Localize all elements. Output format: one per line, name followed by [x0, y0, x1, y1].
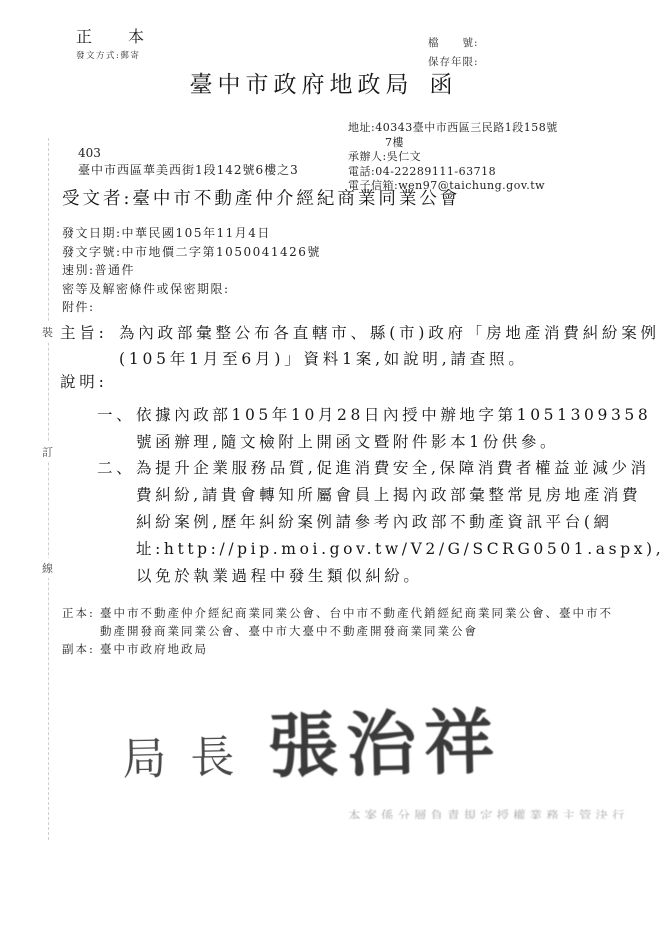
footer-delegation-note: 本案係分層負責規定授權業務主管決行: [348, 806, 638, 819]
signature-block: 局長 張治祥: [121, 686, 503, 795]
security-class-line: 密等及解密條件或保密期限:: [62, 280, 321, 299]
item-1-text: 依據內政部105年10月28日內授中辦地字第1051309358號函辦理,隨文檢…: [136, 406, 651, 451]
delivery-method-label: 發文方式:郵寄: [76, 49, 140, 61]
binding-dashed-line: [48, 138, 49, 840]
contact-person: 承辦人:吳仁文: [348, 150, 558, 165]
file-number-label: 檔 號:: [428, 34, 479, 53]
cc-row: 副本: 臺中市政府地政局: [62, 640, 622, 658]
subject-text: 為內政部彙整公布各直轄市、縣(市)政府「房地產消費糾紛案例(105年1月至6月)…: [119, 324, 660, 368]
item-2-text: 為提升企業服務品質,促進消費安全,保障消費者權益並減少消費糾紛,請貴會轉知所屬會…: [136, 459, 664, 585]
scanned-official-letter: 裝 訂 線 正 本 發文方式:郵寄 檔 號: 保存年限: 臺中市政府地政局函 地…: [0, 0, 667, 948]
contact-phone: 電話:04-22289111-63718: [348, 165, 558, 180]
sender-address-line1: 地址:40343臺中市西區三民路1段158號: [348, 121, 558, 136]
document-type-label: 函: [430, 72, 458, 98]
document-title: 臺中市政府地政局函: [0, 66, 657, 99]
signature-name: 張治祥: [267, 686, 503, 792]
attachment-line: 附件:: [62, 298, 321, 317]
subject-label: 主旨:: [60, 320, 108, 346]
issue-date-line: 發文日期:中華民國105年11月4日: [62, 224, 321, 243]
original-copy-row: 正本: 臺中市不動產仲介經紀商業同業公會、台中市不動產代銷經紀商業同業公會、臺中…: [62, 604, 622, 640]
speed-class-line: 速別:普通件: [62, 261, 321, 280]
sender-contact-block: 地址:40343臺中市西區三民路1段158號 7樓 承辦人:吳仁文 電話:04-…: [348, 121, 558, 194]
cc-recipients: 臺中市政府地政局: [100, 642, 208, 656]
recipient-zip: 403: [78, 146, 101, 160]
item-2-marker: 二、: [97, 455, 135, 482]
original-copy-label: 正本:: [62, 604, 95, 622]
explanation-label: 說明:: [60, 370, 108, 392]
issuing-agency-name: 臺中市政府地政局: [190, 72, 414, 98]
binding-mark-xian: 線: [42, 558, 53, 578]
binding-mark-ding: 訂: [42, 442, 53, 462]
item-1-marker: 一、: [97, 402, 135, 429]
explanation-item-2: 二、 為提升企業服務品質,促進消費安全,保障消費者權益並減少消費糾紛,請貴會轉知…: [97, 455, 660, 590]
recipient-line: 受文者:臺中市不動產仲介經紀商業同業公會: [62, 185, 460, 210]
explanation-item-1: 一、 依據內政部105年10月28日內授中辦地字第1051309358號函辦理,…: [97, 402, 660, 456]
binding-mark-zhuang: 裝: [42, 322, 53, 342]
signature-title: 局長: [122, 720, 259, 787]
sender-address-line2: 7樓: [348, 136, 558, 151]
document-meta-block: 發文日期:中華民國105年11月4日 發文字號:中市地價二字第105004142…: [62, 224, 321, 317]
recipient-street-address: 臺中市西區華美西街1段142號6樓之3: [78, 161, 299, 178]
cc-label: 副本:: [62, 640, 95, 658]
subject-paragraph: 主旨: 為內政部彙整公布各直轄市、縣(市)政府「房地產消費糾紛案例(105年1月…: [60, 320, 667, 372]
doc-number-line: 發文字號:中市地價二字第1050041426號: [62, 243, 321, 262]
copy-type-label: 正 本: [76, 24, 154, 47]
original-copy-recipients: 臺中市不動產仲介經紀商業同業公會、台中市不動產代銷經紀商業同業公會、臺中市不動產…: [100, 606, 613, 638]
